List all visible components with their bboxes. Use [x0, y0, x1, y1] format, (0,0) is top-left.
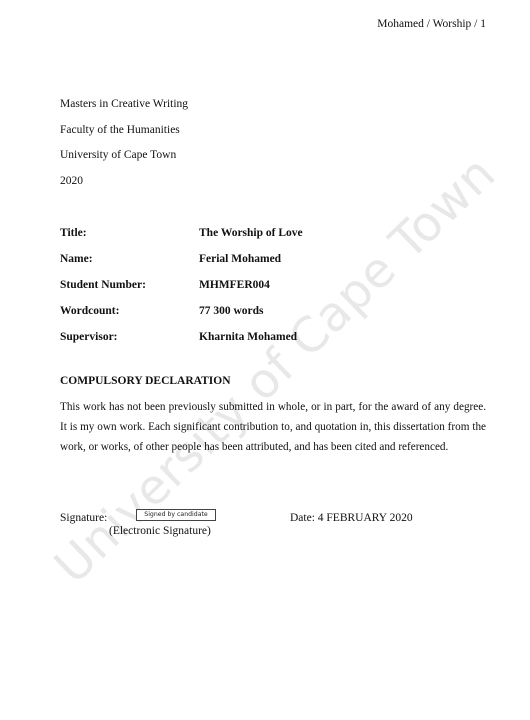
info-label: Wordcount: [60, 304, 119, 318]
info-value: Kharnita Mohamed [199, 330, 297, 344]
university-line: University of Cape Town [60, 148, 188, 174]
info-value: MHMFER004 [199, 278, 270, 292]
faculty-line: Faculty of the Humanities [60, 123, 188, 149]
signature-date: Date: 4 FEBRUARY 2020 [290, 512, 413, 524]
info-label: Title: [60, 226, 87, 240]
signature-label: Signature: [60, 512, 107, 524]
info-label: Name: [60, 252, 93, 266]
info-label: Supervisor: [60, 330, 118, 344]
declaration-heading: COMPULSORY DECLARATION [60, 375, 231, 387]
info-label: Student Number: [60, 278, 146, 292]
signature-field[interactable]: Signed by candidate [136, 509, 216, 521]
degree-line: Masters in Creative Writing [60, 97, 188, 123]
info-value: 77 300 words [199, 304, 264, 318]
running-header: Mohamed / Worship / 1 [377, 18, 486, 30]
year-line: 2020 [60, 174, 188, 200]
document-page: University of Cape Town Mohamed / Worshi… [0, 0, 530, 720]
signature-note: (Electronic Signature) [109, 525, 211, 537]
info-value: Ferial Mohamed [199, 252, 281, 266]
degree-info-block: Masters in Creative Writing Faculty of t… [60, 97, 188, 200]
declaration-body: This work has not been previously submit… [60, 398, 486, 457]
info-value: The Worship of Love [199, 226, 303, 240]
